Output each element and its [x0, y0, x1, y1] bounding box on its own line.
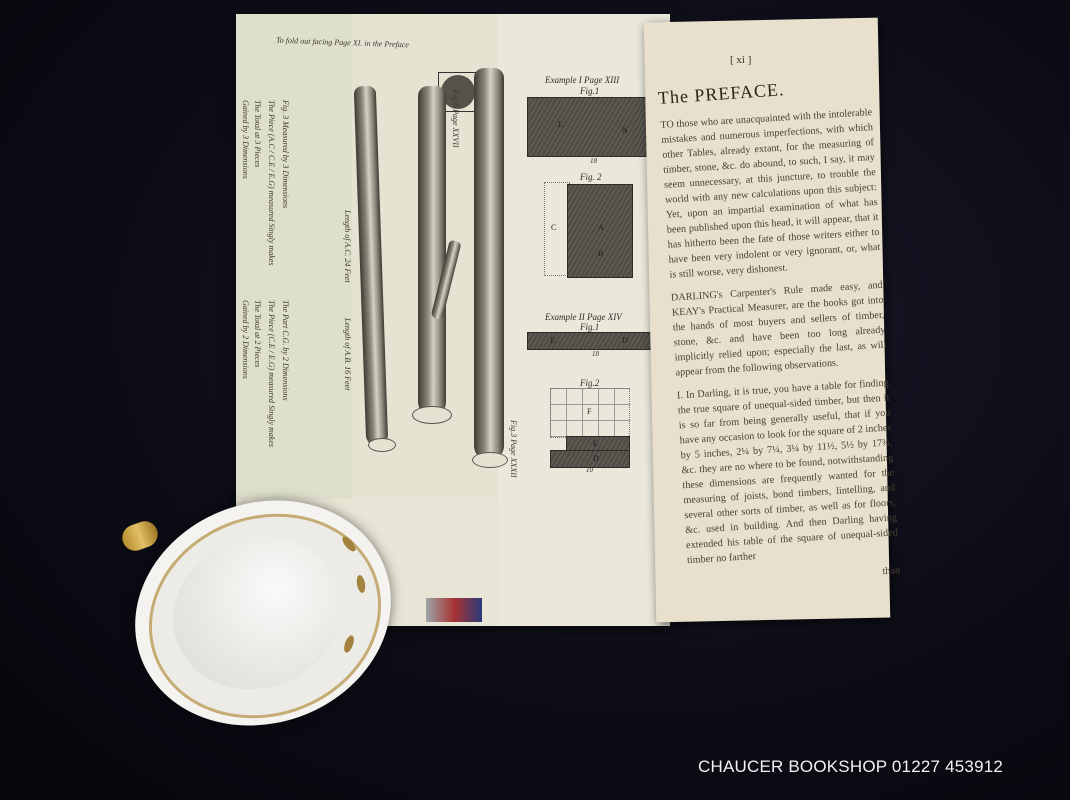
example2-title: Example II Page XIV	[545, 312, 622, 322]
table-right-heading: The Part C.G. by 2 Dimensions	[281, 300, 290, 401]
fig6-label: Fig.6 Page XXVII	[451, 90, 460, 148]
example2-fig2-label: Fig.2	[580, 378, 599, 388]
example2-fig1-label: Fig.1	[580, 322, 599, 332]
fig3-label: Fig.3 Page XXXII	[509, 420, 518, 478]
table-right-row1: The Piece (C.E / E.G) measured Singly ma…	[267, 300, 276, 447]
page-body: TO those who are unacquainted with the i…	[660, 105, 901, 591]
example2-fig1-dim: 18	[592, 350, 599, 358]
example1-fig2-label: Fig. 2	[580, 172, 602, 182]
table-left-row3: Gained by 3 Dimensions	[241, 100, 250, 179]
endpaper-scrap	[426, 598, 482, 622]
preface-paragraph-3: I. In Darling, it is true, you have a ta…	[677, 376, 900, 569]
table-right-row3: Gained by 2 Dimensions	[241, 300, 250, 379]
length-ac: Length of A.C. 24 Feet	[343, 210, 352, 283]
example1-title: Example I Page XIII	[545, 75, 619, 85]
example2-fig2-dim: 10	[586, 466, 593, 474]
log-fig4-end	[472, 452, 508, 468]
log-branched-end	[412, 406, 452, 424]
table-left-row1: The Piece (A.C / C.E / E.G) measured Sin…	[267, 100, 276, 265]
plate-table-panel	[236, 14, 353, 499]
preface-paragraph-2: DARLING's Carpenter's Rule made easy, an…	[671, 278, 888, 381]
example1-fig2-rect: A B	[567, 184, 633, 278]
watermark: CHAUCER BOOKSHOP 01227 453912	[698, 757, 1003, 777]
example1-fig1-dim: 18	[590, 157, 597, 165]
log-fig3-end	[368, 438, 396, 452]
example1-fig1-rect: L N	[527, 97, 651, 157]
example2-fig1-rect: E D	[527, 332, 657, 350]
example1-fig1-label: Fig.1	[580, 86, 599, 96]
preface-paragraph-1: TO those who are unacquainted with the i…	[660, 105, 882, 283]
example2-fig2-grid: F	[550, 388, 630, 438]
table-left-heading: Fig. 3 Measured by 3 Dimensions	[281, 100, 290, 208]
log-fig4	[474, 68, 504, 460]
log-branched	[418, 86, 446, 416]
table-right-row2: The Total at 2 Pieces	[253, 300, 262, 367]
page-number: [ xi ]	[730, 54, 751, 66]
length-ab: Length of A.B. 16 Feet	[343, 318, 352, 390]
table-left-row2: The Total at 3 Pieces	[253, 100, 262, 167]
